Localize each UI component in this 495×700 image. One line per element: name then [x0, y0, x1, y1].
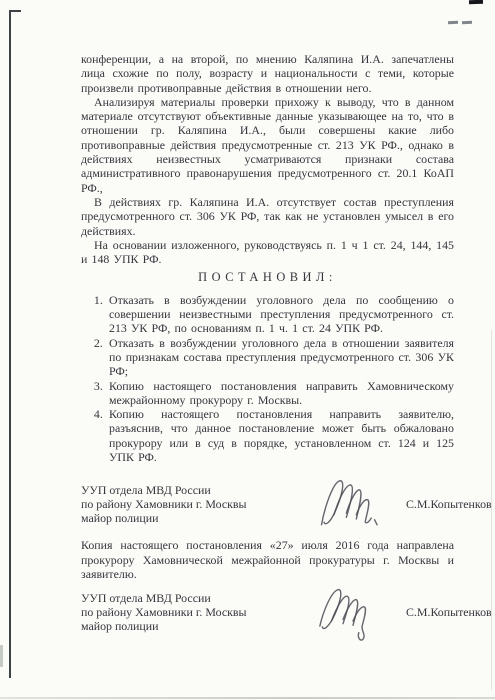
signatory-title: УУП отдела МВД России по району Хамовник…	[81, 591, 286, 634]
signatory-name: С.М.Копытенков	[406, 497, 492, 511]
scanned-document-page: конференции, а на второй, по мнению Каля…	[0, 0, 495, 700]
body-paragraph: Анализируя материалы проверки прихожу к …	[81, 95, 454, 195]
scan-edge-line-top	[9, 10, 21, 12]
scan-bottom-shadow	[0, 697, 495, 699]
signatory-line: УУП отдела МВД России	[81, 591, 286, 605]
copy-note-paragraph: Копия настоящего постановления «27» июля…	[81, 538, 454, 581]
scan-smudge	[0, 645, 3, 667]
resolution-item: Копию настоящего постановления направить…	[107, 379, 454, 408]
scan-corner-mark	[469, 0, 483, 4]
resolution-item: Отказать в возбуждении уголовного дела п…	[107, 293, 454, 336]
resolution-list: Отказать в возбуждении уголовного дела п…	[81, 293, 454, 465]
scan-edge-line	[9, 10, 11, 678]
handwritten-signature	[310, 475, 396, 533]
handwritten-signature	[310, 583, 396, 641]
resolution-heading: ПОСТАНОВИЛ:	[81, 270, 454, 284]
body-paragraph: На основании изложенного, руководствуясь…	[81, 238, 454, 267]
body-paragraph: конференции, а на второй, по мнению Каля…	[81, 52, 454, 95]
resolution-item: Отказать в возбуждении уголовного дела в…	[107, 336, 454, 379]
signatory-line: по району Хамовники г. Москвы	[81, 605, 286, 619]
signature-block: УУП отдела МВД России по району Хамовник…	[81, 583, 454, 641]
document-body: конференции, а на второй, по мнению Каля…	[81, 52, 454, 641]
scan-dash-mark	[448, 21, 458, 24]
resolution-item: Копию настоящего постановления направить…	[107, 407, 454, 464]
signatory-title: УУП отдела МВД России по району Хамовник…	[81, 483, 286, 526]
scan-dash-mark	[462, 21, 472, 24]
signature-block: УУП отдела МВД России по району Хамовник…	[81, 475, 454, 533]
signatory-line: майор полиции	[81, 619, 286, 633]
signatory-line: по району Хамовники г. Москвы	[81, 497, 286, 511]
signatory-name: С.М.Копытенков	[406, 605, 492, 619]
body-paragraph: В действиях гр. Каляпина И.А. отсутствуе…	[81, 195, 454, 238]
signatory-line: майор полиции	[81, 511, 286, 525]
signatory-line: УУП отдела МВД России	[81, 483, 286, 497]
